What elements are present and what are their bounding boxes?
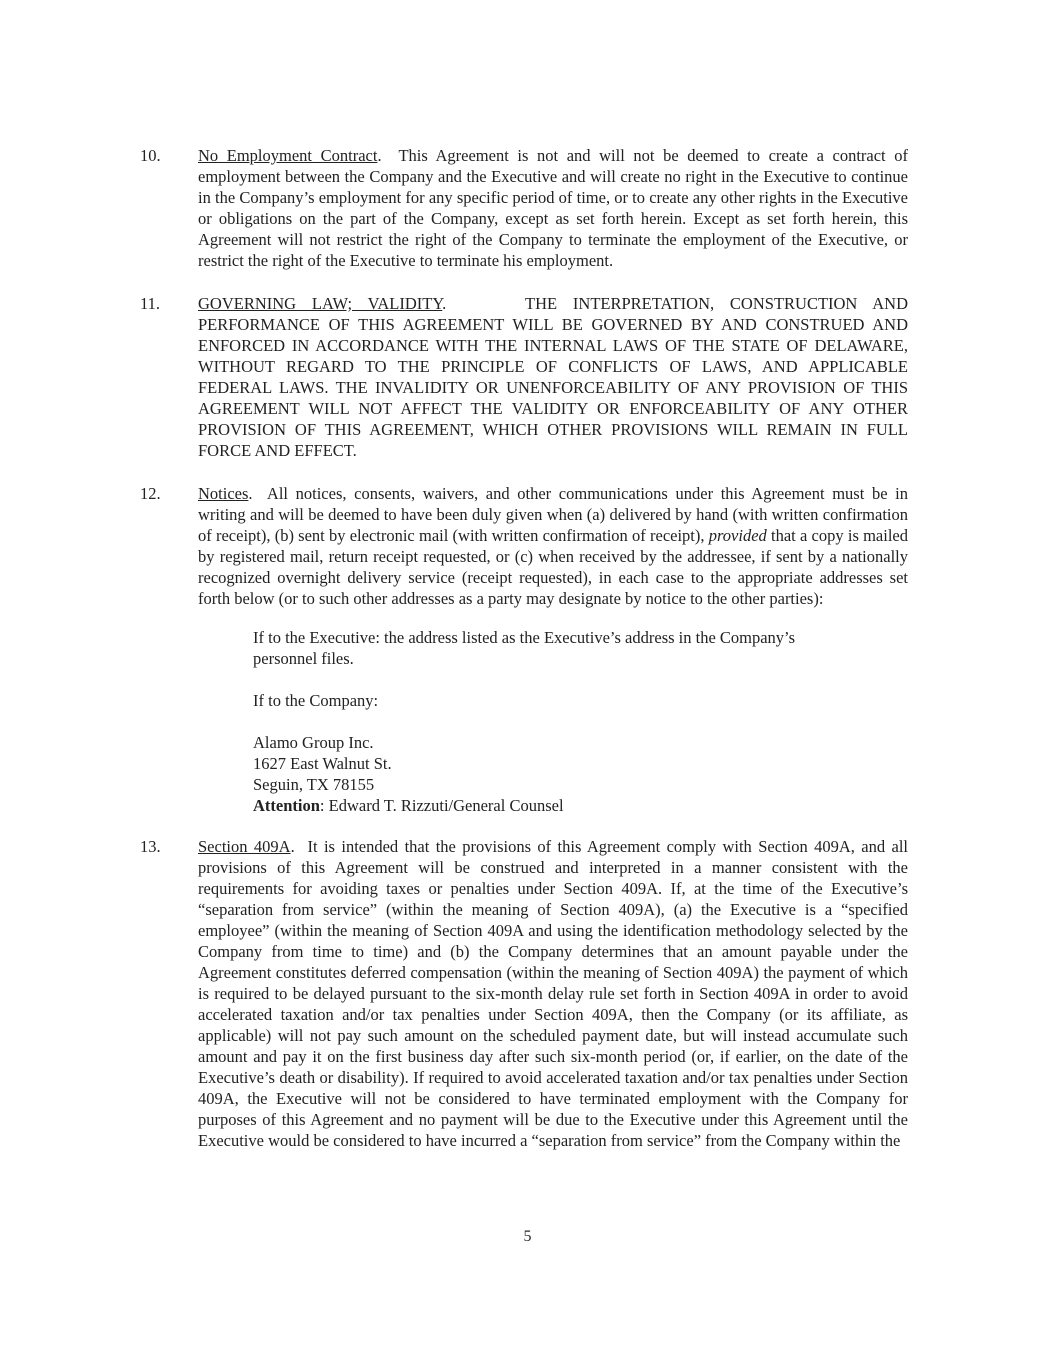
company-address: Alamo Group Inc. 1627 East Walnut St. Se… <box>253 732 908 816</box>
section-13-body: . It is intended that the provisions of … <box>198 837 908 1150</box>
attention-label: Attention <box>253 796 320 815</box>
document-page: 10. No Employment Contract. This Agreeme… <box>0 0 1055 1365</box>
section-11: 11. GOVERNING LAW; VALIDITY. THE INTERPR… <box>140 293 908 461</box>
section-12-number: 12. <box>140 483 161 504</box>
section-13-number: 13. <box>140 836 161 857</box>
section-11-heading: GOVERNING LAW; VALIDITY <box>198 294 442 313</box>
section-12: 12. Notices. All notices, consents, waiv… <box>140 483 908 609</box>
section-13-heading: Section 409A <box>198 837 291 856</box>
section-10: 10. No Employment Contract. This Agreeme… <box>140 145 908 271</box>
page-number: 5 <box>0 1227 1055 1247</box>
address-line-2: 1627 East Walnut St. <box>253 753 908 774</box>
address-attention-line: Attention: Edward T. Rizzuti/General Cou… <box>253 795 908 816</box>
section-12-heading: Notices <box>198 484 248 503</box>
section-11-number: 11. <box>140 293 160 314</box>
section-12-body-italic: provided <box>709 526 767 545</box>
section-13: 13. Section 409A. It is intended that th… <box>140 836 908 1151</box>
notice-company: If to the Company: <box>253 690 853 711</box>
address-line-1: Alamo Group Inc. <box>253 732 908 753</box>
document-content: 10. No Employment Contract. This Agreeme… <box>140 145 908 1151</box>
address-line-3: Seguin, TX 78155 <box>253 774 908 795</box>
section-10-number: 10. <box>140 145 161 166</box>
section-10-heading: No Employment Contract <box>198 146 377 165</box>
section-11-body: . THE INTERPRETATION, CONSTRUCTION AND P… <box>198 294 908 460</box>
notice-executive: If to the Executive: the address listed … <box>253 627 853 669</box>
attention-value: : Edward T. Rizzuti/General Counsel <box>320 796 564 815</box>
